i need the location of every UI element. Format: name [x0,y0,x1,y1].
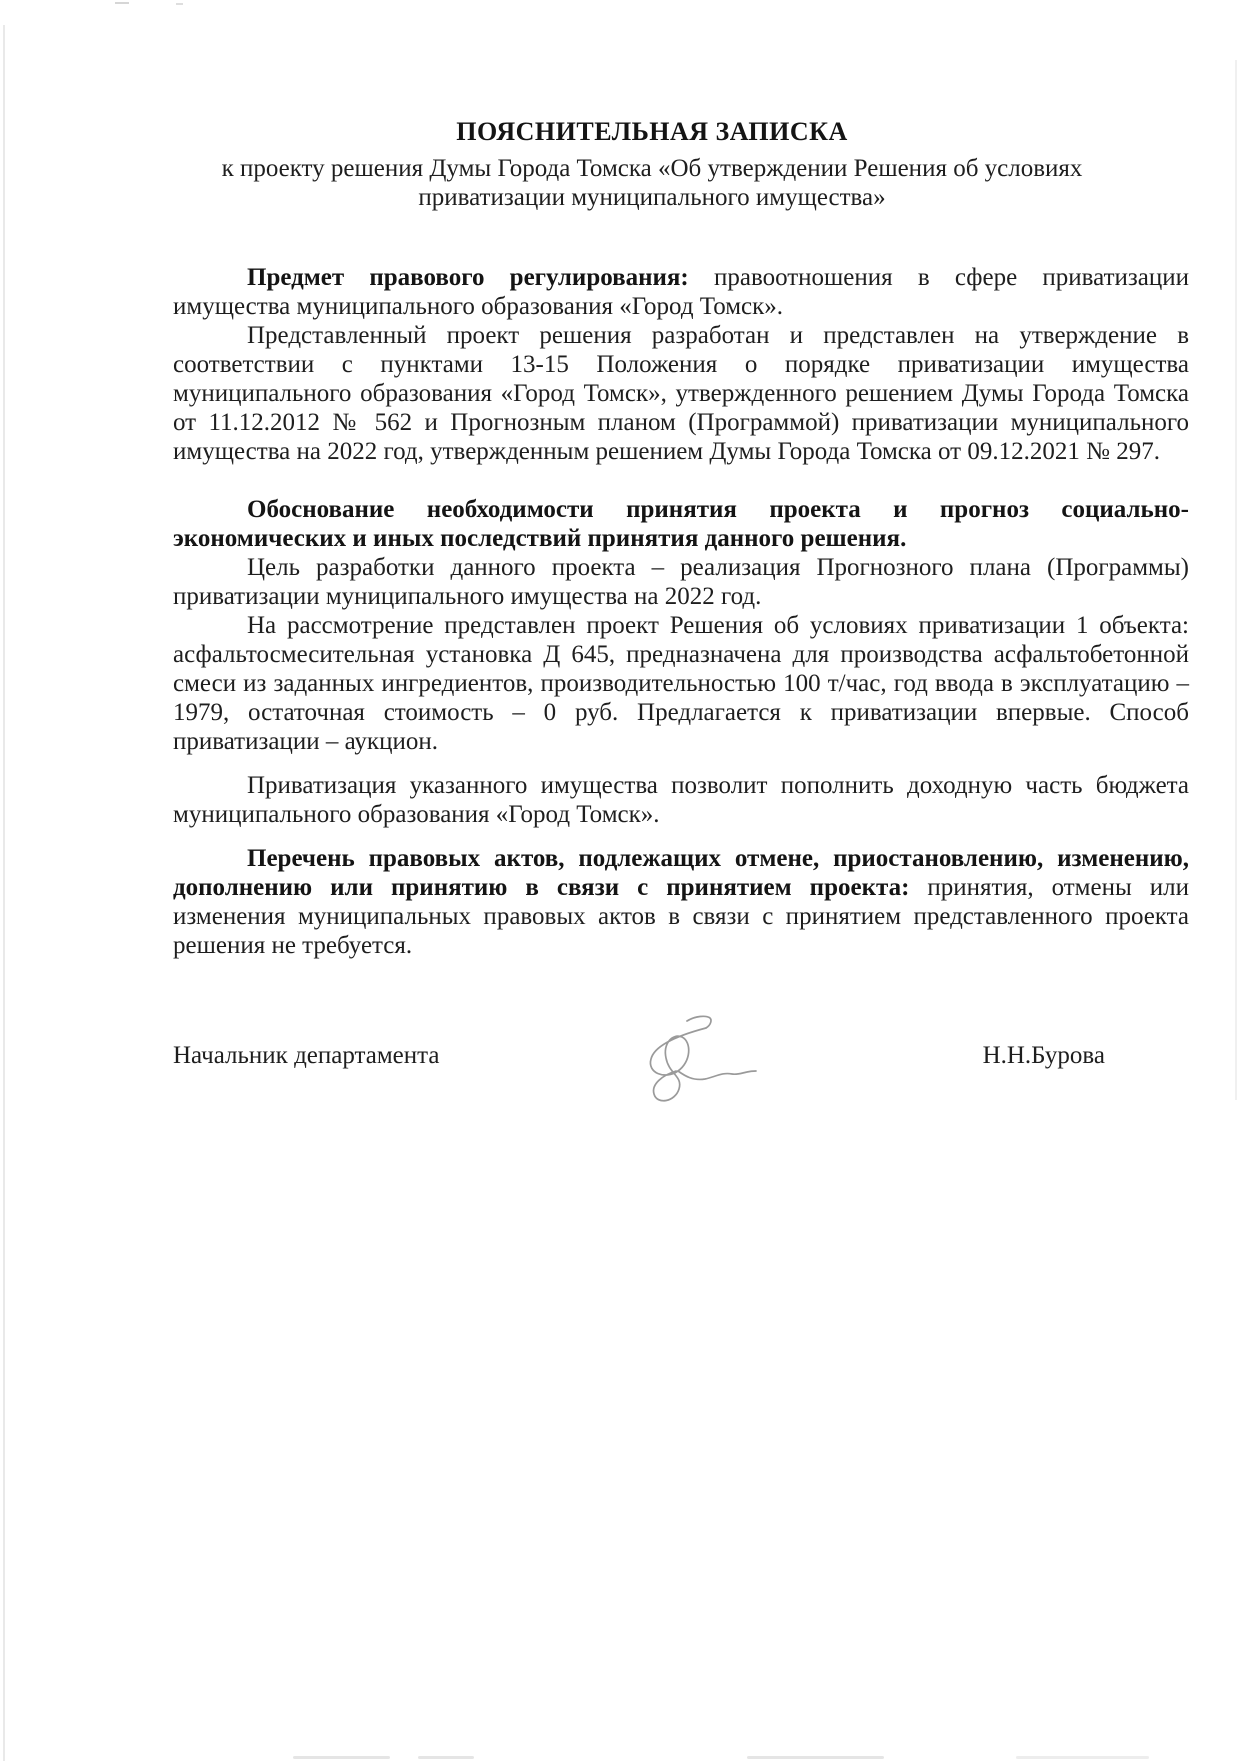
scan-smudge [418,1756,474,1759]
paragraph-subject-lead: Предмет правового регулирования: [247,264,689,291]
signatory-name: Н.Н.Бурова [983,1041,1105,1070]
scanned-document-page: ПОЯСНИТЕЛЬНАЯ ЗАПИСКА к проекту решения … [0,0,1241,1761]
scan-smudge [293,1756,390,1759]
scan-speck [115,2,129,4]
paragraph-subject: Предмет правового регулирования: правоот… [173,263,1189,321]
signature-block: Начальник департамента Н.Н.Бурова [173,1041,1189,1070]
document-subtitle-line1: к проекту решения Думы Города Томска «Об… [173,154,1131,183]
paragraph-legal-acts: Перечень правовых актов, подлежащих отме… [173,844,1189,960]
section-heading-justification: Обоснование необходимости принятия проек… [173,495,1189,553]
scan-speck [176,3,183,5]
scan-smudge [747,1756,884,1759]
document-subtitle-line2: приватизации муниципального имущества» [173,183,1131,212]
paragraph-budget-effect: Приватизация указанного имущества позвол… [173,771,1189,829]
paragraph-goal: Цель разработки данного проекта – реализ… [173,553,1189,611]
document-content: ПОЯСНИТЕЛЬНАЯ ЗАПИСКА к проекту решения … [0,116,1241,1070]
document-header: ПОЯСНИТЕЛЬНАЯ ЗАПИСКА к проекту решения … [173,116,1131,212]
scan-smudge [1016,1756,1149,1759]
handwritten-signature-icon [643,1007,759,1113]
signatory-position: Начальник департамента [173,1041,439,1070]
paragraph-legal-basis: Представленный проект решения разработан… [173,321,1189,466]
document-title: ПОЯСНИТЕЛЬНАЯ ЗАПИСКА [173,116,1131,148]
paragraph-object-description: На рассмотрение представлен проект Решен… [173,611,1189,756]
